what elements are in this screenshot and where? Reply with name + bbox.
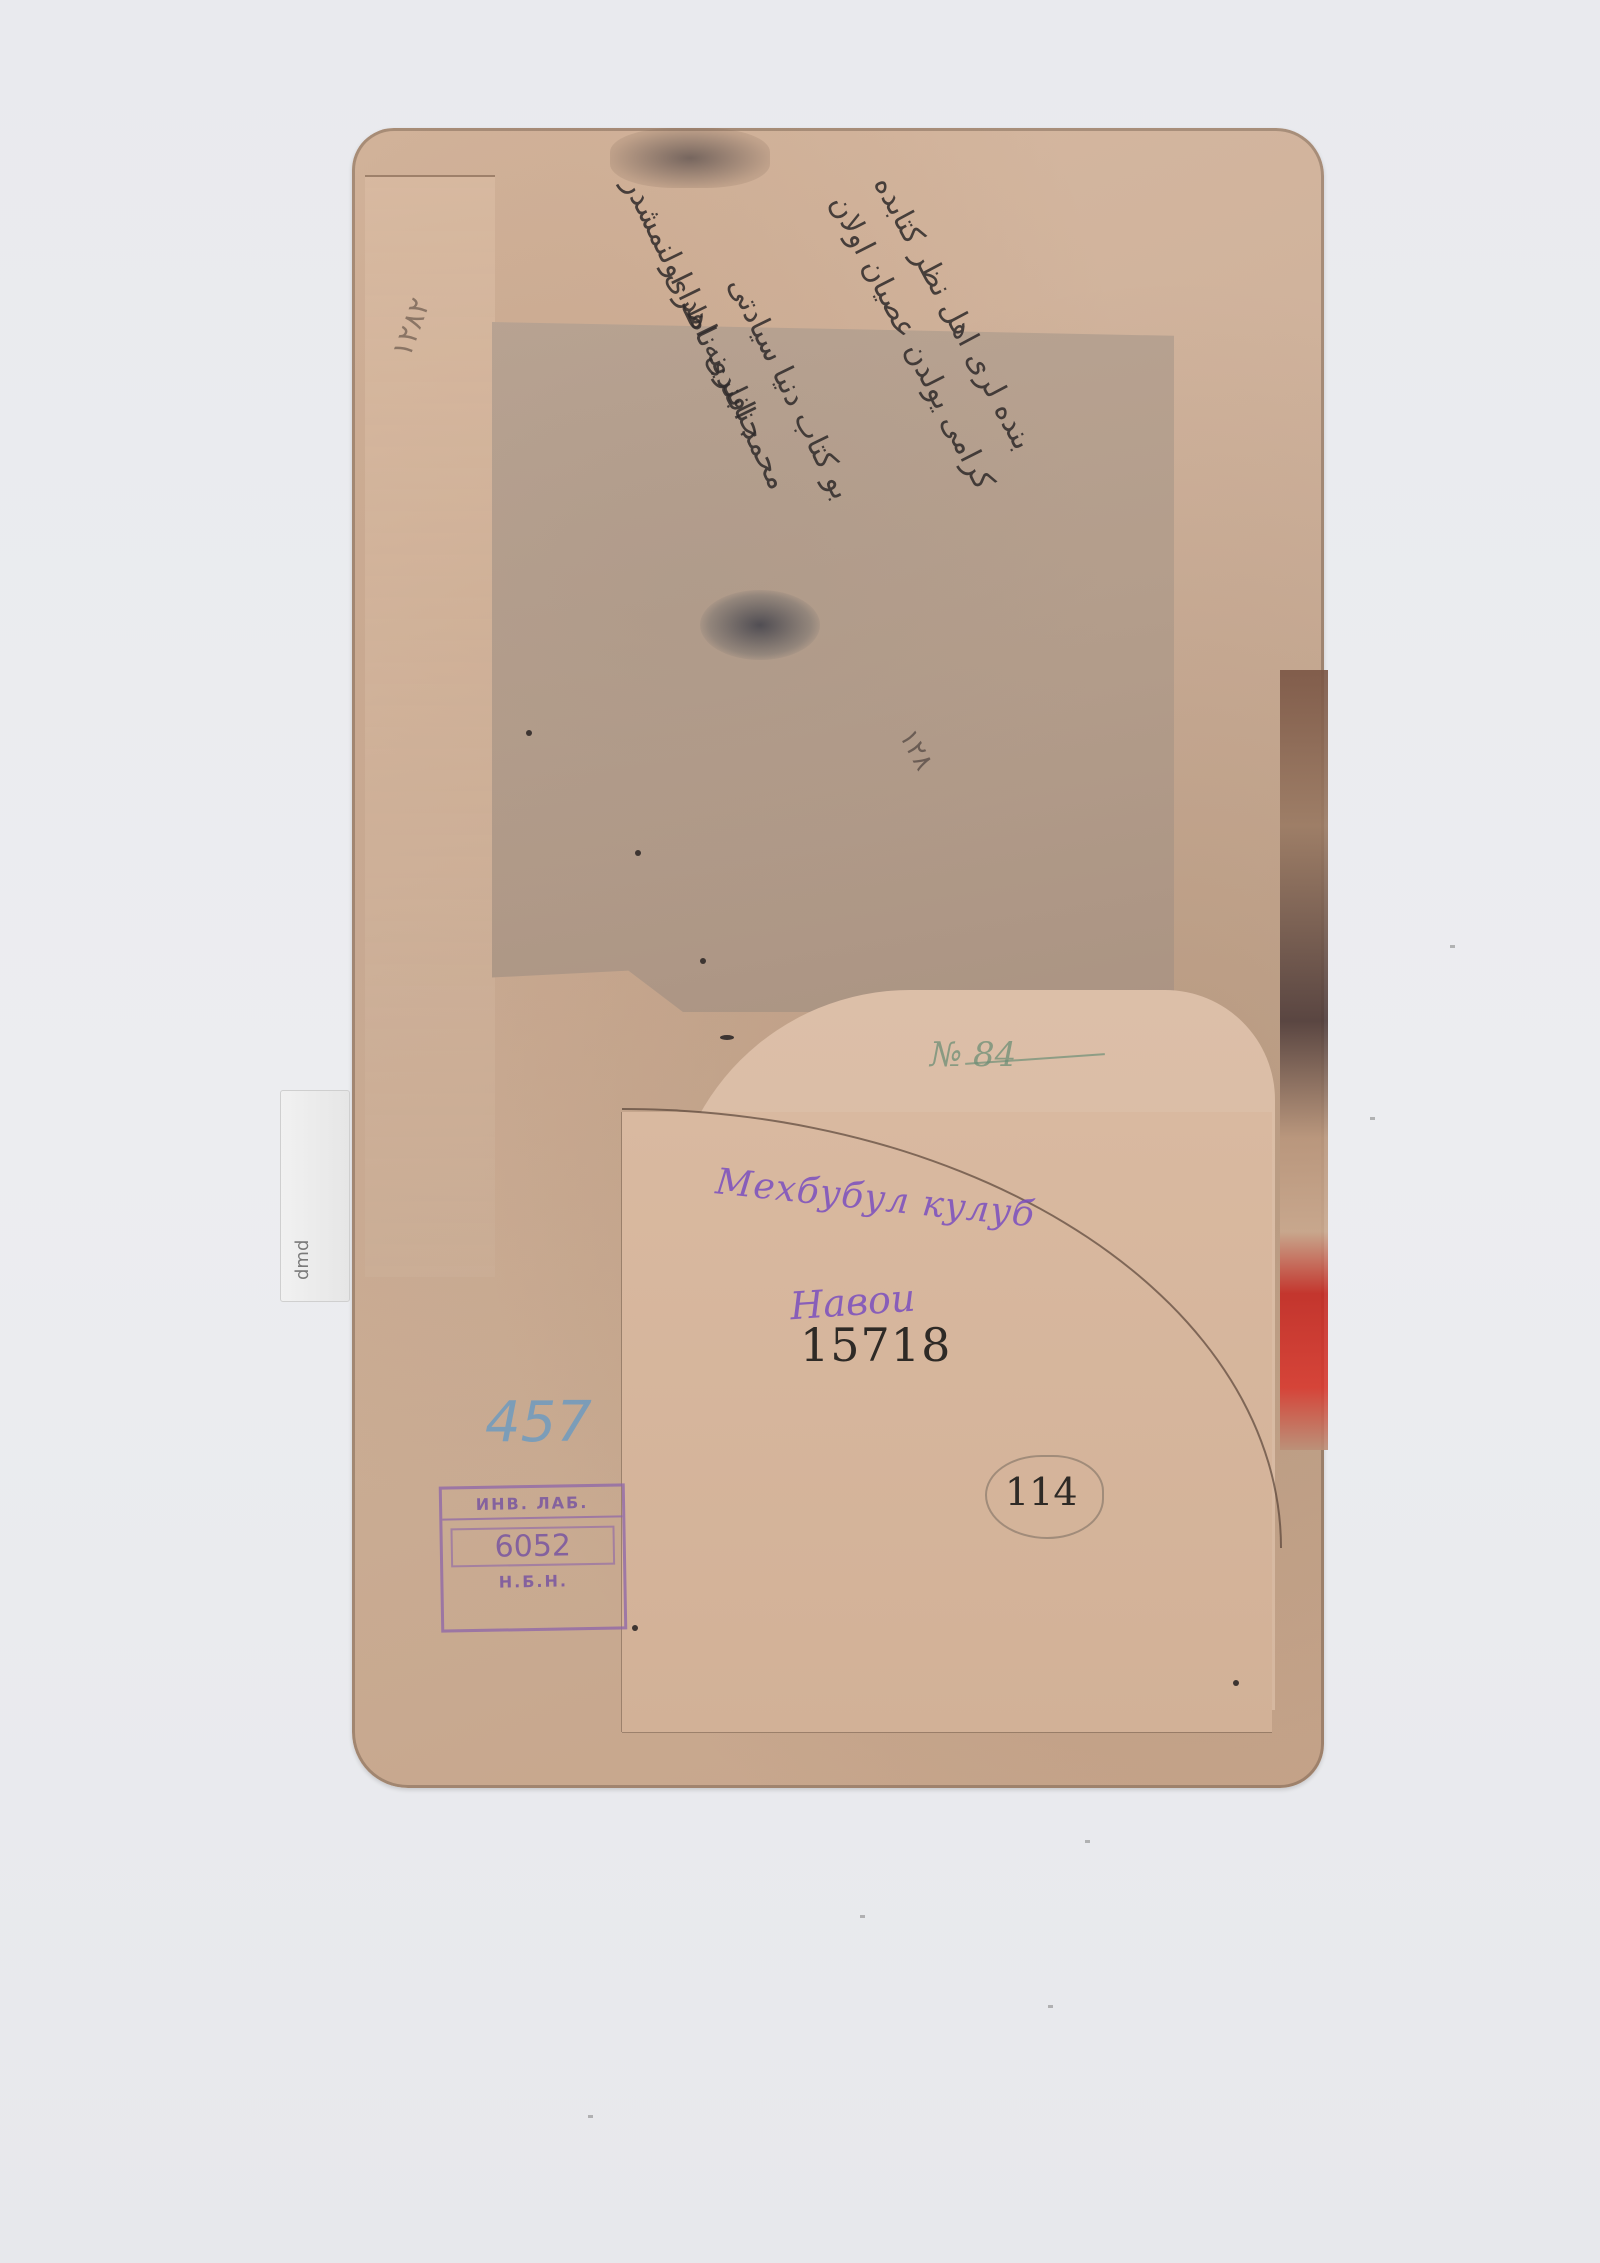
ink-speck <box>720 1035 734 1040</box>
stamp-footer: Н.Б.Н. <box>443 1570 623 1592</box>
background-speck <box>1450 945 1455 948</box>
ink-speck <box>526 730 532 736</box>
library-stamp: ИНВ. ЛАБ. 6052 Н.Б.Н. <box>439 1483 628 1632</box>
stamp-number: 6052 <box>450 1526 615 1568</box>
ink-speck <box>700 958 706 964</box>
background-speck <box>1085 1840 1090 1843</box>
ink-seal-smudge <box>700 590 820 660</box>
cover-flap <box>365 175 495 1277</box>
side-tab-label: dmd <box>292 1240 313 1280</box>
ink-speck <box>632 1625 638 1631</box>
handwritten-author: Навои <box>789 1276 917 1329</box>
ink-speck <box>635 850 641 856</box>
side-paper-tab <box>280 1090 350 1302</box>
inscription-paper <box>492 322 1174 1012</box>
scanned-page: بنده لرى اهل نظر كتابده كرامى يولدن عصيا… <box>0 0 1600 2263</box>
damaged-spine-edge <box>1280 670 1328 1450</box>
blue-pencil-number: 457 <box>485 1390 592 1455</box>
background-speck <box>860 1915 865 1918</box>
ink-speck <box>1233 1680 1239 1686</box>
stamp-header: ИНВ. ЛАБ. <box>442 1492 622 1520</box>
background-speck <box>1370 1117 1375 1120</box>
circled-number: 114 <box>1005 1470 1078 1514</box>
background-speck <box>1048 2005 1053 2008</box>
background-speck <box>588 2115 593 2118</box>
pencil-note: № 84 <box>930 1035 1016 1075</box>
